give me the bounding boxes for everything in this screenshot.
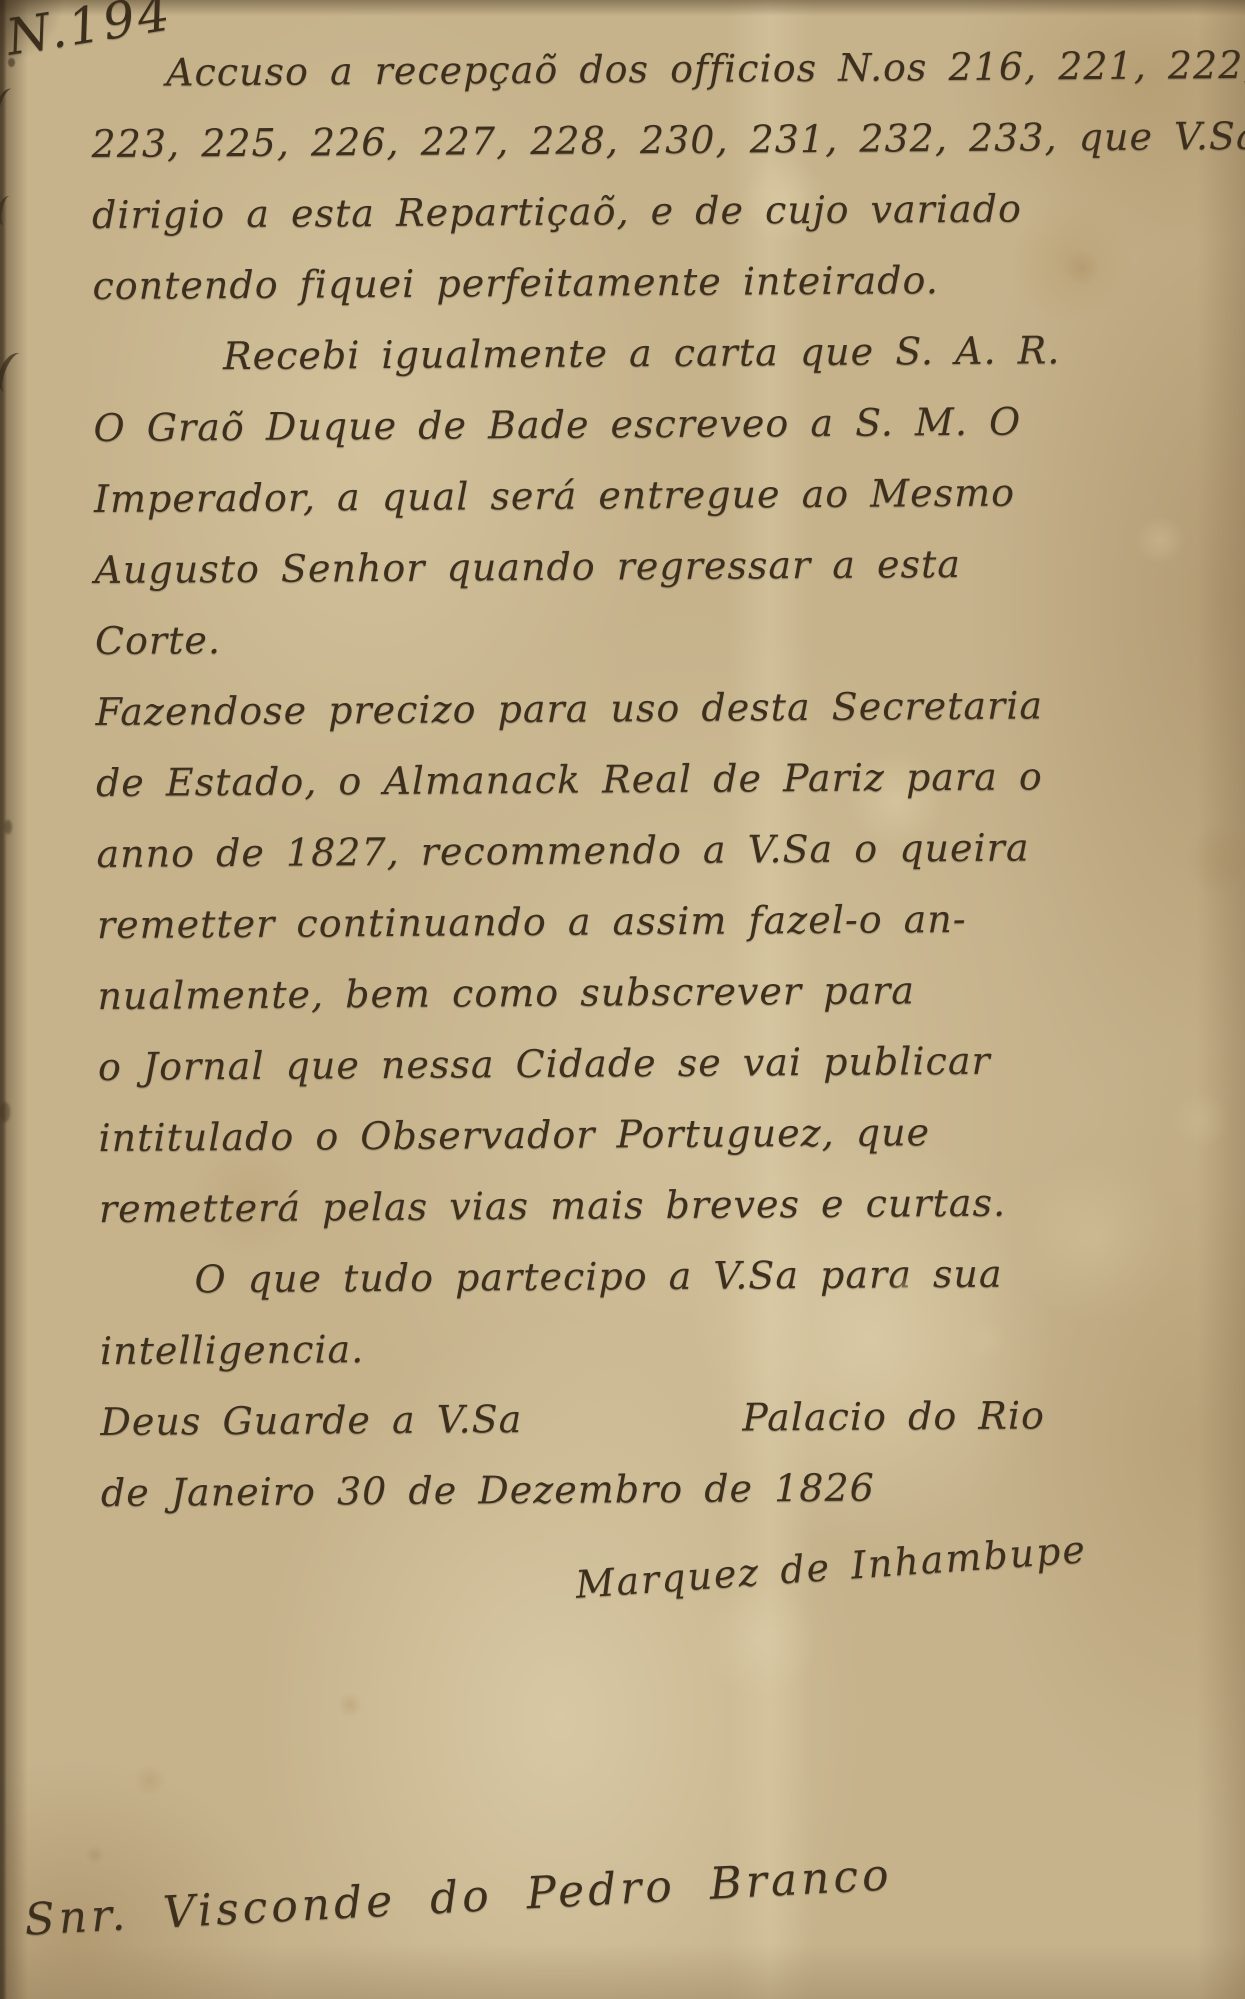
- letter-line: intelligencia.: [100, 1308, 1245, 1387]
- letter-line: remetterá pelas vias mais breves e curta…: [99, 1166, 1244, 1245]
- letter-line: o Jornal que nessa Cidade se vai publica…: [98, 1024, 1243, 1103]
- place-line: Palacio do Rio: [742, 1393, 1045, 1439]
- letter-line: contendo fiquei perfeitamente inteirado.: [92, 243, 1237, 322]
- ink-bleed-mark: [0, 195, 18, 228]
- letter-body: Accuso a recepçaõ dos officios N.os 216,…: [91, 30, 1245, 1529]
- ink-bleed-mark: [0, 349, 32, 397]
- letter-line: 223, 225, 226, 227, 228, 230, 231, 232, …: [91, 101, 1236, 180]
- letter-line: remetter continuando a assim fazel-o an-: [97, 882, 1242, 961]
- ink-bleed-mark: [4, 820, 12, 834]
- date-line: de Janeiro 30 de Dezembro de 1826: [101, 1450, 1245, 1529]
- ink-bleed-mark: [0, 86, 21, 128]
- valediction: Deus Guarde a V.Sa: [100, 1397, 522, 1444]
- letter-line: O que tudo partecipo a V.Sa para sua: [99, 1237, 1244, 1316]
- addressee-line: Snr. Visconde do Pedro Branco: [23, 1849, 894, 1945]
- letter-line: Recebi igualmente a carta que S. A. R.: [93, 314, 1238, 393]
- letter-line: anno de 1827, recommendo a V.Sa o queira: [96, 811, 1241, 890]
- valediction-line: Deus Guarde a V.SaPalacio do Rio: [100, 1379, 1245, 1458]
- letter-line: nualmente, bem como subscrever para: [97, 953, 1242, 1032]
- letter-line: Corte.: [95, 598, 1240, 677]
- letter-line: intitulado o Observador Portuguez, que: [98, 1095, 1243, 1174]
- letter-line: dirigio a esta Repartiçaõ, e de cujo var…: [92, 172, 1237, 251]
- letter-line: Augusto Senhor quando regressar a esta: [94, 527, 1239, 606]
- letter-line: O Graõ Duque de Bade escreveo a S. M. O: [93, 385, 1238, 464]
- manuscript-page: N.194 Accuso a recepçaõ dos officios N.o…: [0, 0, 1245, 1999]
- letter-line: Imperador, a qual será entregue ao Mesmo: [94, 456, 1239, 535]
- letter-line: de Estado, o Almanack Real de Pariz para…: [96, 740, 1241, 819]
- signature: Marquez de Inhambupe: [574, 1527, 1088, 1607]
- letter-line: Fazendose precizo para uso desta Secreta…: [95, 669, 1240, 748]
- letter-line: Accuso a recepçaõ dos officios N.os 216,…: [91, 30, 1236, 109]
- ink-bleed-mark: [0, 1102, 10, 1122]
- line-gap: [522, 1430, 742, 1432]
